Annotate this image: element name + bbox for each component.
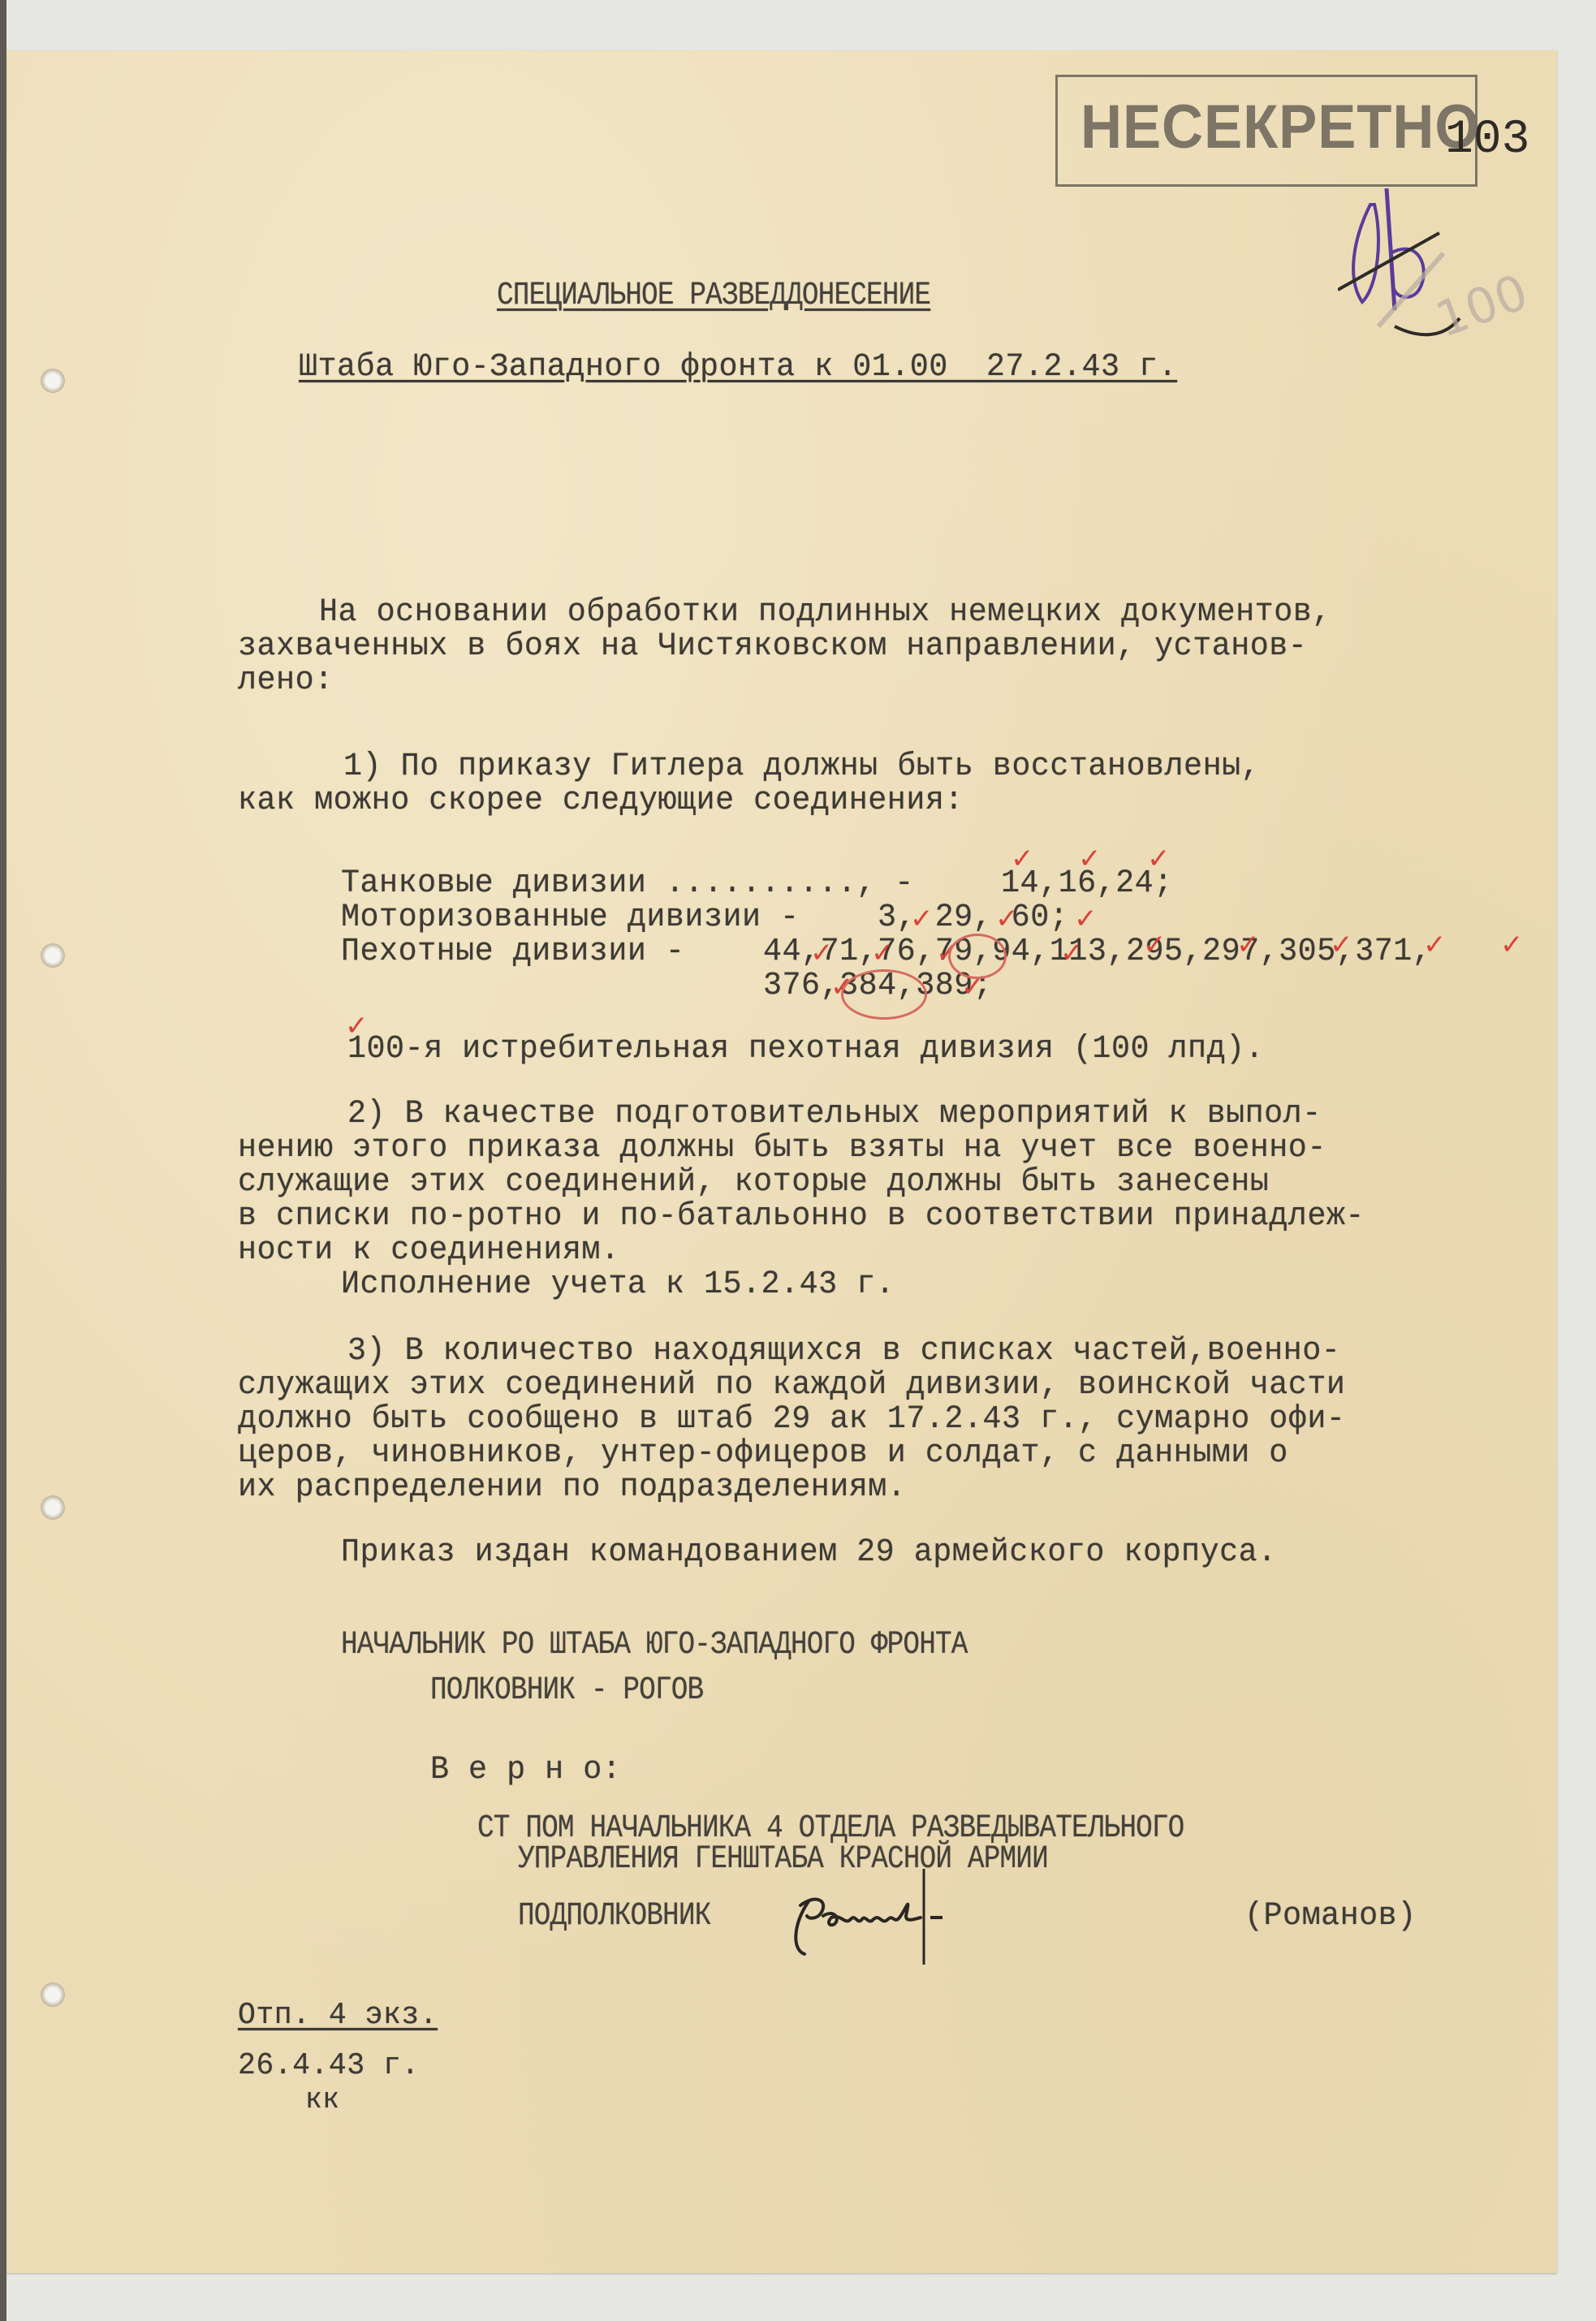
footer-date: 26.4.43 г.: [238, 2049, 420, 2083]
archive-pencil-number: 100: [1429, 264, 1536, 349]
certifier-name: (Романов): [1244, 1900, 1417, 1934]
item3-line: церов, чиновников, унтер-офицеров и солд…: [238, 1437, 1288, 1471]
binding-hole: [41, 369, 65, 393]
red-check-icon: ✓: [910, 903, 934, 935]
binding-hole: [41, 1982, 65, 2007]
red-check-icon: ✓: [1143, 929, 1167, 961]
item2-line: ности к соединениям.: [238, 1234, 619, 1268]
red-check-icon: ✓: [1236, 929, 1260, 961]
item2-line: нению этого приказа должны быть взяты на…: [238, 1132, 1326, 1166]
certifier-rank: ПОДПОЛКОВНИК: [518, 1900, 710, 1934]
copies-note: Отп. 4 экз.: [238, 1999, 438, 2033]
item3-line: служащих этих соединений по каждой дивиз…: [238, 1369, 1345, 1403]
signatory-rank-name: ПОЛКОВНИК - РОГОВ: [430, 1674, 703, 1708]
signatory-position: НАЧАЛЬНИК РО ШТАБА ЮГО-ЗАПАДНОГО ФРОНТА: [341, 1629, 968, 1663]
handwritten-signature-icon: [784, 1869, 1028, 1966]
item2-line: в списки по-ротно и по-батальонно в соот…: [238, 1200, 1365, 1234]
red-circle-79: [948, 934, 1007, 979]
red-check-icon: ✓: [810, 937, 834, 969]
document-title: СПЕЦИАЛЬНОЕ РАЗВЕДДОНЕСЕНИЕ: [497, 279, 930, 313]
scan-left-edge: [0, 0, 6, 2321]
item3-line: 3) В количество находящихся в списках ча…: [347, 1335, 1340, 1369]
motorized-divisions-label: Моторизованные дивизии -: [341, 901, 800, 935]
red-check-icon: ✓: [1330, 929, 1353, 961]
motorized-divisions-numbers: 3, 29, 60;: [878, 901, 1068, 935]
item2-line: 2) В качестве подготовительных мероприят…: [347, 1098, 1322, 1132]
binding-hole: [41, 1495, 65, 1520]
order-note: Приказ издан командованием 29 армейского…: [341, 1536, 1277, 1570]
item3-line: их распределении по подразделениям.: [238, 1471, 906, 1505]
red-check-icon: ✓: [1011, 843, 1034, 875]
item3-line: должно быть сообщено в штаб 29 ак 17.2.4…: [238, 1403, 1345, 1437]
infantry-divisions-label: Пехотные дивизии -: [341, 935, 684, 969]
classification-stamp: НЕСЕКРЕТНО: [1055, 75, 1477, 187]
binding-hole: [41, 943, 65, 968]
red-check-icon: ✓: [1423, 929, 1447, 961]
item1-line: 1) По приказу Гитлера должны быть восста…: [343, 750, 1260, 784]
page-number: 103: [1445, 114, 1529, 166]
red-check-icon: ✓: [871, 937, 895, 969]
red-check-icon: ✓: [1074, 903, 1098, 935]
intro-line: На основании обработки подлинных немецки…: [319, 596, 1331, 630]
red-check-icon: ✓: [1500, 929, 1524, 961]
red-check-icon: ✓: [1078, 843, 1102, 875]
handwritten-initials-icon: 100: [1338, 188, 1549, 399]
red-check-icon: ✓: [1060, 937, 1084, 969]
document-page: НЕСЕКРЕТНО 103 100 СПЕЦИАЛЬНОЕ РАЗВЕДДОН…: [6, 50, 1557, 2273]
item2-line: Исполнение учета к 15.2.43 г.: [341, 1268, 895, 1302]
classification-text: НЕСЕКРЕТНО: [1081, 95, 1480, 160]
item1-extra-line: 100-я истребительная пехотная дивизия (1…: [347, 1033, 1264, 1067]
intro-line: лено:: [238, 664, 334, 698]
certification-label: В е р н о:: [430, 1754, 621, 1788]
red-check-icon: ✓: [995, 903, 1019, 935]
intro-line: захваченных в боях на Чистяковском напра…: [238, 630, 1307, 664]
tank-divisions-label: Танковые дивизии .........., -: [341, 867, 914, 901]
red-circle-384: [841, 969, 927, 1020]
typist-initials: кк: [305, 2083, 339, 2117]
document-subtitle: Штаба Юго-Западного фронта к 01.00 27.2.…: [299, 351, 1177, 385]
item1-line: как можно скорее следующие соединения:: [238, 784, 964, 818]
red-check-icon: ✓: [1147, 843, 1171, 875]
item2-line: служащие этих соединений, которые должны…: [238, 1166, 1269, 1200]
